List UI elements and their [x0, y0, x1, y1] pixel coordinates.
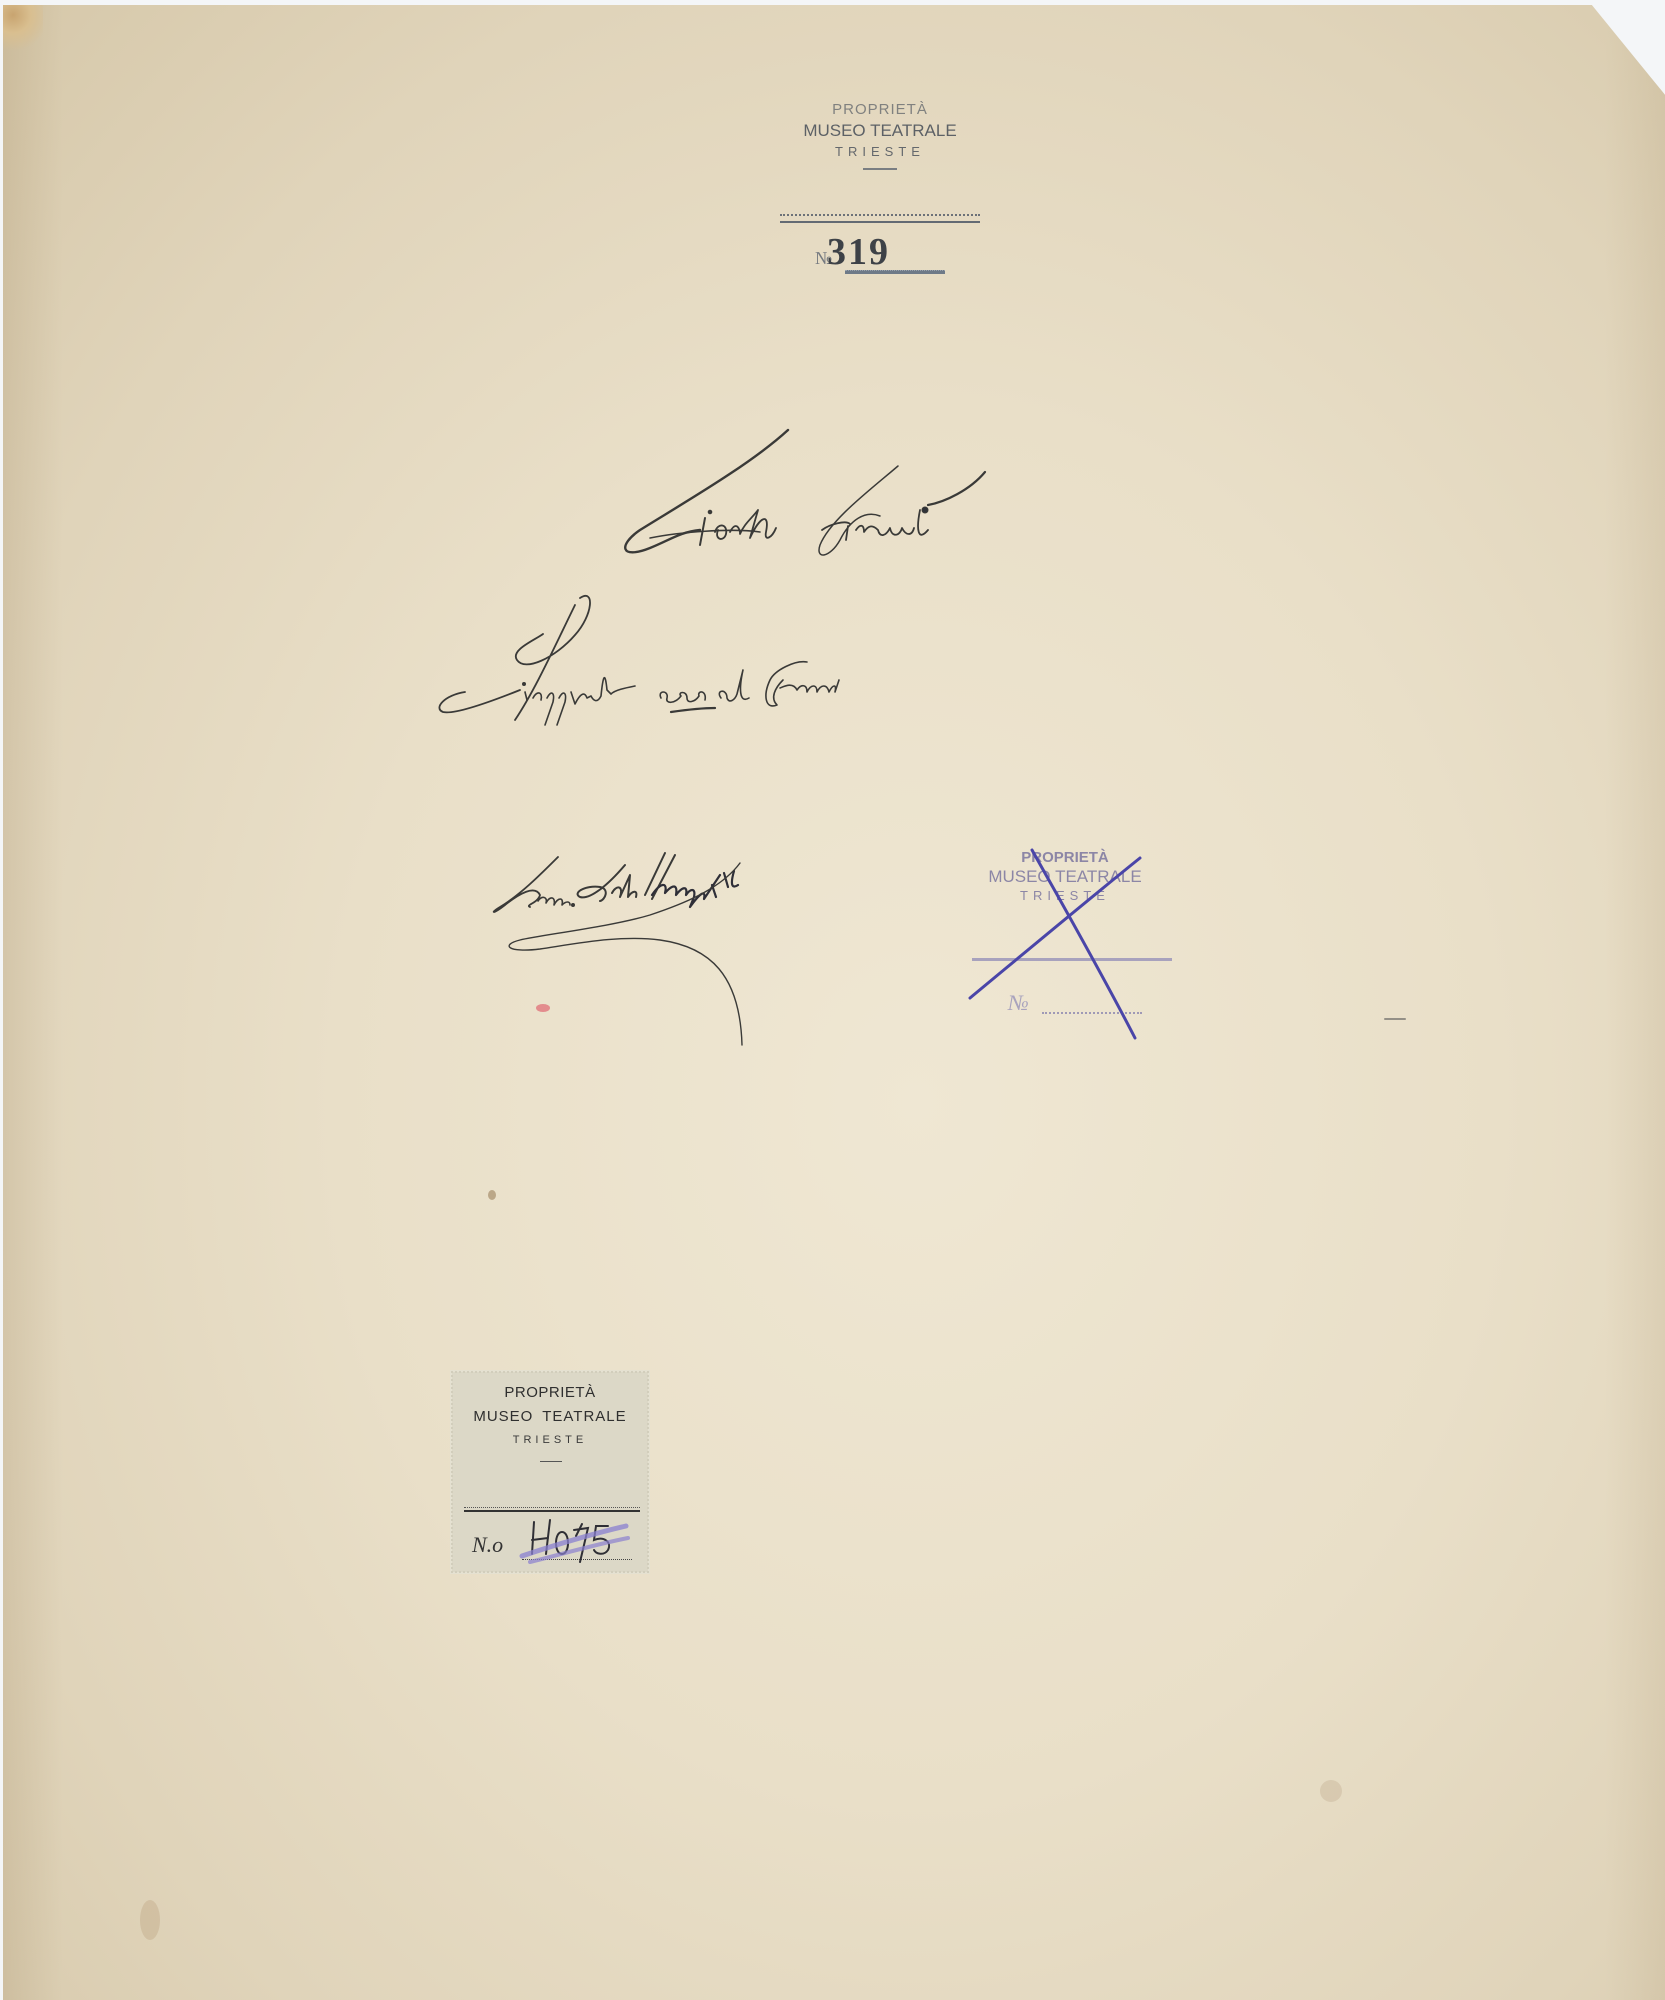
museum-label: PROPRIETÀ MUSEO TEATRALE TRIESTE N.o 407…: [452, 1372, 648, 1572]
museum-stamp-crossed: PROPRIETÀ MUSEO TEATRALE TRIESTE №: [960, 840, 1170, 1050]
label-rule: [464, 1507, 640, 1512]
museum-stamp-top: PROPRIETÀ MUSEO TEATRALE TRIESTE: [780, 100, 980, 170]
document-card: [3, 5, 1665, 2000]
label-line-museo: MUSEO TEATRALE: [452, 1408, 648, 1425]
number-value: 319: [827, 230, 890, 274]
stamp-line-museo: MUSEO TEATRALE: [780, 120, 980, 142]
stain: [488, 1190, 496, 1200]
stamp-line-proprieta: PROPRIETÀ: [780, 100, 980, 120]
stain: [1320, 1780, 1342, 1802]
label-dash: [540, 1461, 562, 1462]
stamp-rule: [780, 214, 980, 223]
caption-siegfried: Siegfried ecc al Comunale: [425, 580, 845, 730]
stain: [140, 1900, 160, 1940]
label-number-prefix: N.o: [472, 1532, 503, 1558]
catalog-number: № 319: [815, 230, 945, 274]
number-underline: [845, 270, 945, 274]
signature-fiorello-giraud: Fiorello Giraud: [610, 420, 1000, 570]
stamp-line-trieste: TRIESTE: [780, 142, 980, 162]
label-line-trieste: TRIESTE: [452, 1434, 648, 1446]
pencil-mark: [1384, 1018, 1406, 1020]
red-ink-smudge: [536, 1004, 550, 1012]
label-handwritten-number: 4075: [522, 1514, 632, 1564]
label-line-proprieta: PROPRIETÀ: [452, 1384, 648, 1401]
stamp-dash: [863, 168, 897, 170]
torn-corner: [3, 5, 43, 55]
cross-out-mark: [960, 840, 1170, 1050]
signature-racc-margotti: Racc. Dott. Margotti: [480, 845, 770, 1065]
